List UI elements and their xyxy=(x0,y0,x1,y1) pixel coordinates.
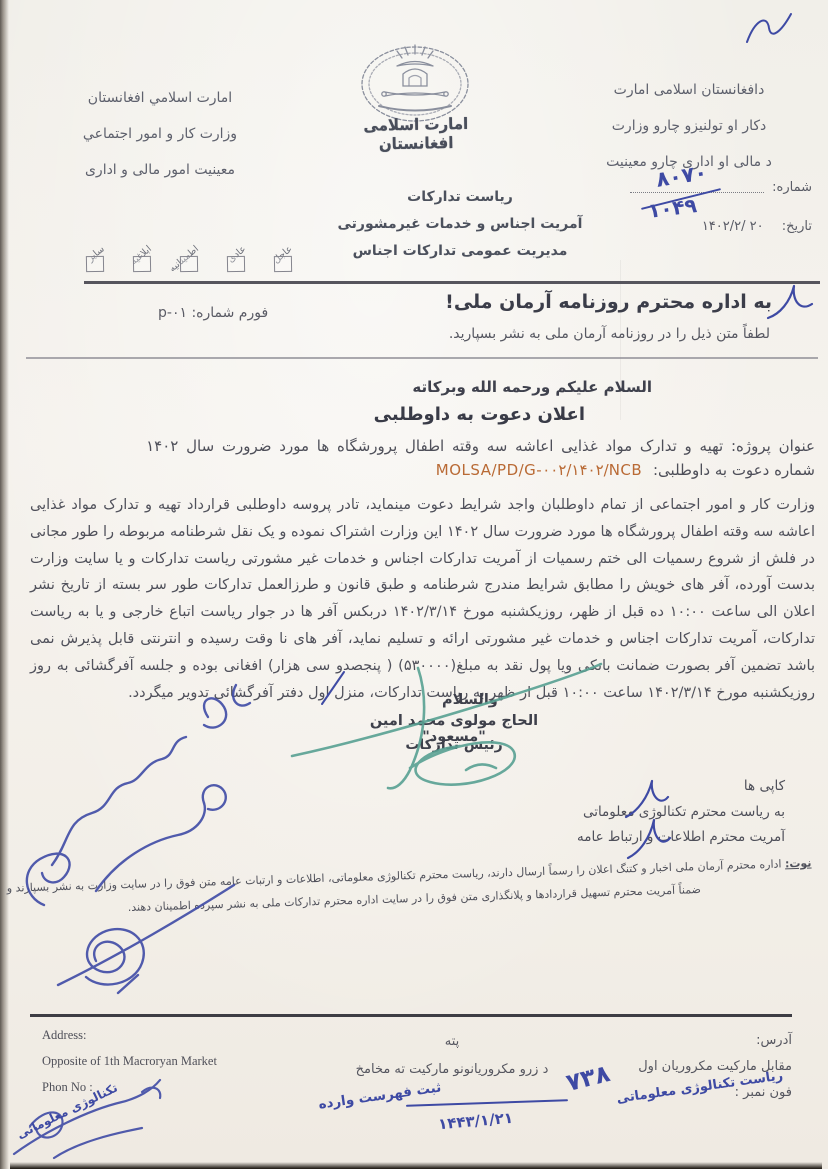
header-dari-line: معينيت امور مالی و اداری xyxy=(26,152,294,188)
footer-english-line: Address: xyxy=(42,1022,217,1048)
header-pashto-line: دکار او تولنیزو چارو وزارت xyxy=(564,108,814,144)
copies-item: به ریاست محترم تکنالوژی معلوماتی xyxy=(577,800,785,826)
footer-pashto: پته د زرو مکروریانونو مارکیت ته مخامخ xyxy=(330,1028,574,1084)
national-emblem-icon xyxy=(349,40,481,124)
divider-thin xyxy=(26,357,818,359)
header-dari-line: امارت اسلامي افغانستان xyxy=(26,80,294,116)
footer-pashto-value: د زرو مکروریانونو مارکیت ته مخامخ xyxy=(330,1056,574,1084)
header-dari-line: وزارت کار و امور اجتماعي xyxy=(26,116,294,152)
signatory-title: رئیس تدارکات xyxy=(396,737,512,753)
date-value: ۱۴۰۲/۲/ ۲۰ xyxy=(702,219,764,234)
footer-dari-line: آدرس: xyxy=(638,1028,792,1054)
addressee-title: به اداره محترم روزنامه آرمان ملی! xyxy=(445,291,772,313)
priority-normal: عادی xyxy=(228,224,245,274)
project-title-line: عنوان پروژه: تهیه و تدارک مواد غذایی اعا… xyxy=(146,437,815,455)
priority-other: سایر xyxy=(87,224,104,274)
handwritten-ref-number-2: ۱۰۴۹ xyxy=(647,193,698,223)
department-block: ریاست تدارکات آمریت اجناس و خدمات غیرمشو… xyxy=(328,184,592,265)
tender-number-value: MOLSA/PD/G-۰۰۲/۱۴۰۲/NCB xyxy=(436,461,642,479)
copies-item: آمریت محترم اطلاعات و ارتباط عامه xyxy=(577,825,785,851)
copies-title: کاپی ها xyxy=(577,774,785,800)
scan-edge-left xyxy=(0,0,9,1169)
body-paragraph: وزارت کار و امور اجتماعی از تمام داوطلبا… xyxy=(30,492,815,706)
scan-edge-bottom xyxy=(10,1162,822,1169)
closing-word: والسلام xyxy=(442,692,498,708)
divider-thick xyxy=(84,281,820,284)
ref-number-label: شماره: xyxy=(772,180,812,195)
priority-checkbox[interactable] xyxy=(274,256,292,272)
footer-english-line: Phon No : xyxy=(42,1074,217,1100)
form-number: فورم شماره: p-۰۱ xyxy=(158,305,268,321)
tender-number-line: شماره دعوت به داوطلبی: MOLSA/PD/G-۰۰۲/۱۴… xyxy=(436,461,815,479)
priority-checkbox[interactable] xyxy=(86,256,104,272)
handwritten-top-mark xyxy=(735,2,805,50)
tender-number-label: شماره دعوت به داوطلبی: xyxy=(653,461,815,479)
header-pashto-line: دافغانستان اسلامی امارت xyxy=(564,72,814,108)
footer-english: Address: Opposite of 1th Macroryan Marke… xyxy=(42,1022,217,1100)
header-dari: امارت اسلامي افغانستان وزارت کار و امور … xyxy=(26,80,294,188)
note-block: نوت: اداره محترم آرمان ملی اخبار و کتنگ … xyxy=(15,852,812,923)
announcement-title: اعلان دعوت به داوطلبی xyxy=(374,404,585,425)
footer-divider xyxy=(30,1014,792,1017)
department-line: آمریت اجناس و خدمات غیرمشورتی xyxy=(328,211,592,238)
form-number-label: فورم شماره: xyxy=(191,305,268,321)
salutation: السلام علیکم ورحمه الله وبرکاته xyxy=(412,378,652,396)
handwritten-incoming-register: ثبت فهرست وارده xyxy=(317,1079,442,1112)
form-number-value: p-۰۱ xyxy=(158,305,187,321)
priority-checkbox[interactable] xyxy=(227,256,245,272)
footer-english-line: Opposite of 1th Macroryan Market xyxy=(42,1048,217,1074)
scanned-letter: دافغانستان اسلامی امارت دکار او تولنیزو … xyxy=(0,0,828,1169)
date-label: تاریخ: xyxy=(782,219,812,234)
handwritten-incoming-date: ۱۴۴۳/۱/۲۱ xyxy=(437,1109,513,1133)
emblem-calligraphy: امارت اسلامی افغانستان xyxy=(334,114,499,155)
priority-urgent: عاجل xyxy=(275,224,292,274)
copies-block: کاپی ها به ریاست محترم تکنالوژی معلوماتی… xyxy=(577,774,785,851)
department-line: ریاست تدارکات xyxy=(328,184,592,211)
priority-checkbox[interactable] xyxy=(133,256,151,272)
priority-notice: ابلاغیه xyxy=(134,224,151,274)
priority-assurance: اطمینانیه xyxy=(181,224,198,274)
footer-pashto-label: پته xyxy=(330,1028,574,1056)
priority-checkbox[interactable] xyxy=(180,256,198,272)
priority-checkbox-row: عاجل عادی اطمینانیه ابلاغیه سایر xyxy=(84,222,292,274)
note-label: نوت: xyxy=(785,857,812,871)
handwritten-underline xyxy=(406,1099,568,1107)
date-row: تاریخ: ۱۴۰۲/۲/ ۲۰ xyxy=(702,219,812,234)
addressee-subtitle: لطفاً متن ذیل را در روزنامه آرمان ملی به… xyxy=(449,326,770,342)
department-line: مدیریت عمومی تدارکات اجناس xyxy=(328,238,592,265)
